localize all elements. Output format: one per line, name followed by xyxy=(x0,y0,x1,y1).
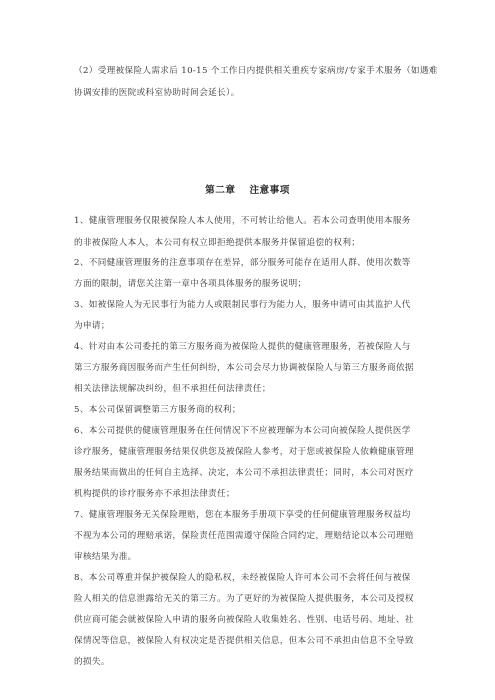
body-line: 不视为本公司的理赔承诺，保险责任范围需遵守保险合同约定，理赔结论以本公司理赔 xyxy=(74,531,426,542)
body-line: 8、本公司尊重并保护被保险人的隐私权，未经被保险人许可本公司不会将任何与被保 xyxy=(74,573,426,584)
body-line: 机构提供的诊疗服务亦不承担法律责任； xyxy=(74,489,426,500)
chapter-title: 第二章注意事项 xyxy=(0,182,495,196)
body-line: 险人相关的信息泄露给无关的第三方。为了更好的为被保险人提供服务，本公司及授权 xyxy=(74,594,426,605)
body-line: 1、健康管理服务仅限被保险人本人使用，不可转让给他人。若本公司查明使用本服务 xyxy=(74,216,426,227)
body-line: 2、不同健康管理服务的注意事项存在差异，部分服务可能存在适用人群、使用次数等 xyxy=(74,258,426,269)
body-line: 的非被保险人本人，本公司有权立即拒绝提供本服务并保留追偿的权利； xyxy=(74,238,426,249)
chapter-number: 第二章 xyxy=(205,185,235,196)
body-line: 第三方服务商因服务而产生任何纠纷，本公司会尽力协调被保险人与第三方服务商依据 xyxy=(74,363,426,374)
body-line: 审核结果为准。 xyxy=(74,552,426,563)
body-line: 3、如被保险人为无民事行为能力人或限制民事行为能力人，服务申请可由其监护人代 xyxy=(74,300,426,311)
body-line: 保情况等信息，被保险人有权决定是否提供相关信息，但本公司不承担由信息不全导致 xyxy=(74,636,426,647)
body-line: 服务结果而做出的任何自主选择、决定，本公司不承担法律责任；同时，本公司对医疗 xyxy=(74,468,426,479)
body-line: 诊疗服务，健康管理服务结果仅供您及被保险人参考，对于您或被保险人依赖健康管理 xyxy=(74,447,426,458)
body-line: 为申请； xyxy=(74,321,426,332)
body-line: 6、本公司提供的健康管理服务在任何情况下不应被理解为本公司向被保险人提供医学 xyxy=(74,426,426,437)
chapter-name: 注意事项 xyxy=(249,185,289,196)
intro-line: 协调安排的医院或科室协助时间会延长）。 xyxy=(74,88,426,99)
body-line: 相关法律法规解决纠纷，但不承担任何法律责任； xyxy=(74,384,426,395)
body-line: 的损失。 xyxy=(74,657,426,668)
body-line: 7、健康管理服务无关保险理赔，您在本服务手册项下享受的任何健康管理服务权益均 xyxy=(74,510,426,521)
document-page: （2）受理被保险人需求后 10-15 个工作日内提供相关重疾专家病房/专家手术服… xyxy=(0,0,495,700)
body-line: 4、针对由本公司委托的第三方服务商为被保险人提供的健康管理服务，若被保险人与 xyxy=(74,342,426,353)
body-line: 供应商可能会就被保险人申请的服务向被保险人收集姓名、性别、电话号码、地址、社 xyxy=(74,615,426,626)
body-line: 方面的限制，请您关注第一章中各项具体服务的服务说明； xyxy=(74,279,426,290)
intro-line: （2）受理被保险人需求后 10-15 个工作日内提供相关重疾专家病房/专家手术服… xyxy=(74,66,426,77)
body-line: 5、本公司保留调整第三方服务商的权利； xyxy=(74,405,426,416)
